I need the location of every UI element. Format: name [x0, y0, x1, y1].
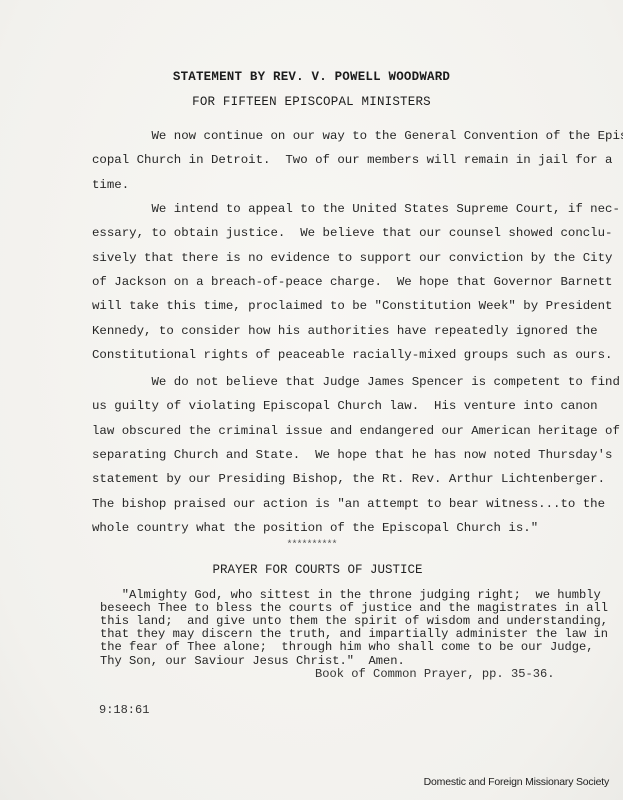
document-subtitle: FOR FIFTEEN EPISCOPAL MINISTERS [0, 95, 623, 109]
statement-line: of Jackson on a breach-of-peace charge. … [92, 275, 613, 289]
prayer-line: this land; and give unto them the spirit… [100, 615, 608, 627]
statement-line: sively that there is no evidence to supp… [92, 251, 613, 265]
section-separator: ********** [0, 540, 623, 551]
statement-line: time. [92, 178, 129, 192]
statement-line: statement by our Presiding Bishop, the R… [92, 472, 605, 486]
statement-line: We now continue on our way to the Genera… [92, 129, 623, 143]
prayer-title: PRAYER FOR COURTS OF JUSTICE [0, 563, 623, 577]
statement-line: Constitutional rights of peaceable racia… [92, 348, 613, 362]
statement-line: us guilty of violating Episcopal Church … [92, 399, 598, 413]
statement-line: law obscured the criminal issue and enda… [92, 424, 620, 438]
statement-line: copal Church in Detroit. Two of our memb… [92, 153, 613, 167]
statement-line: essary, to obtain justice. We believe th… [92, 226, 613, 240]
statement-line: Kennedy, to consider how his authorities… [92, 324, 598, 338]
prayer-line: the fear of Thee alone; through him who … [100, 641, 594, 653]
statement-line: whole country what the position of the E… [92, 521, 538, 535]
document-title: STATEMENT BY REV. V. POWELL WOODWARD [0, 70, 623, 84]
prayer-attribution: Book of Common Prayer, pp. 35-36. [315, 667, 555, 681]
archive-credit: Domestic and Foreign Missionary Society [424, 776, 609, 788]
statement-line: We intend to appeal to the United States… [92, 202, 620, 216]
document-date: 9:18:61 [99, 703, 149, 717]
prayer-line: beseech Thee to bless the courts of just… [100, 602, 608, 614]
prayer-line: Thy Son, our Saviour Jesus Christ." Amen… [100, 655, 405, 667]
document-page: STATEMENT BY REV. V. POWELL WOODWARD FOR… [0, 0, 623, 800]
statement-line: The bishop praised our action is "an att… [92, 497, 605, 511]
prayer-line: "Almighty God, who sittest in the throne… [100, 589, 601, 601]
statement-line: will take this time, proclaimed to be "C… [92, 299, 613, 313]
statement-line: separating Church and State. We hope tha… [92, 448, 613, 462]
prayer-line: that they may discern the truth, and imp… [100, 628, 608, 640]
statement-line: We do not believe that Judge James Spenc… [92, 375, 620, 389]
